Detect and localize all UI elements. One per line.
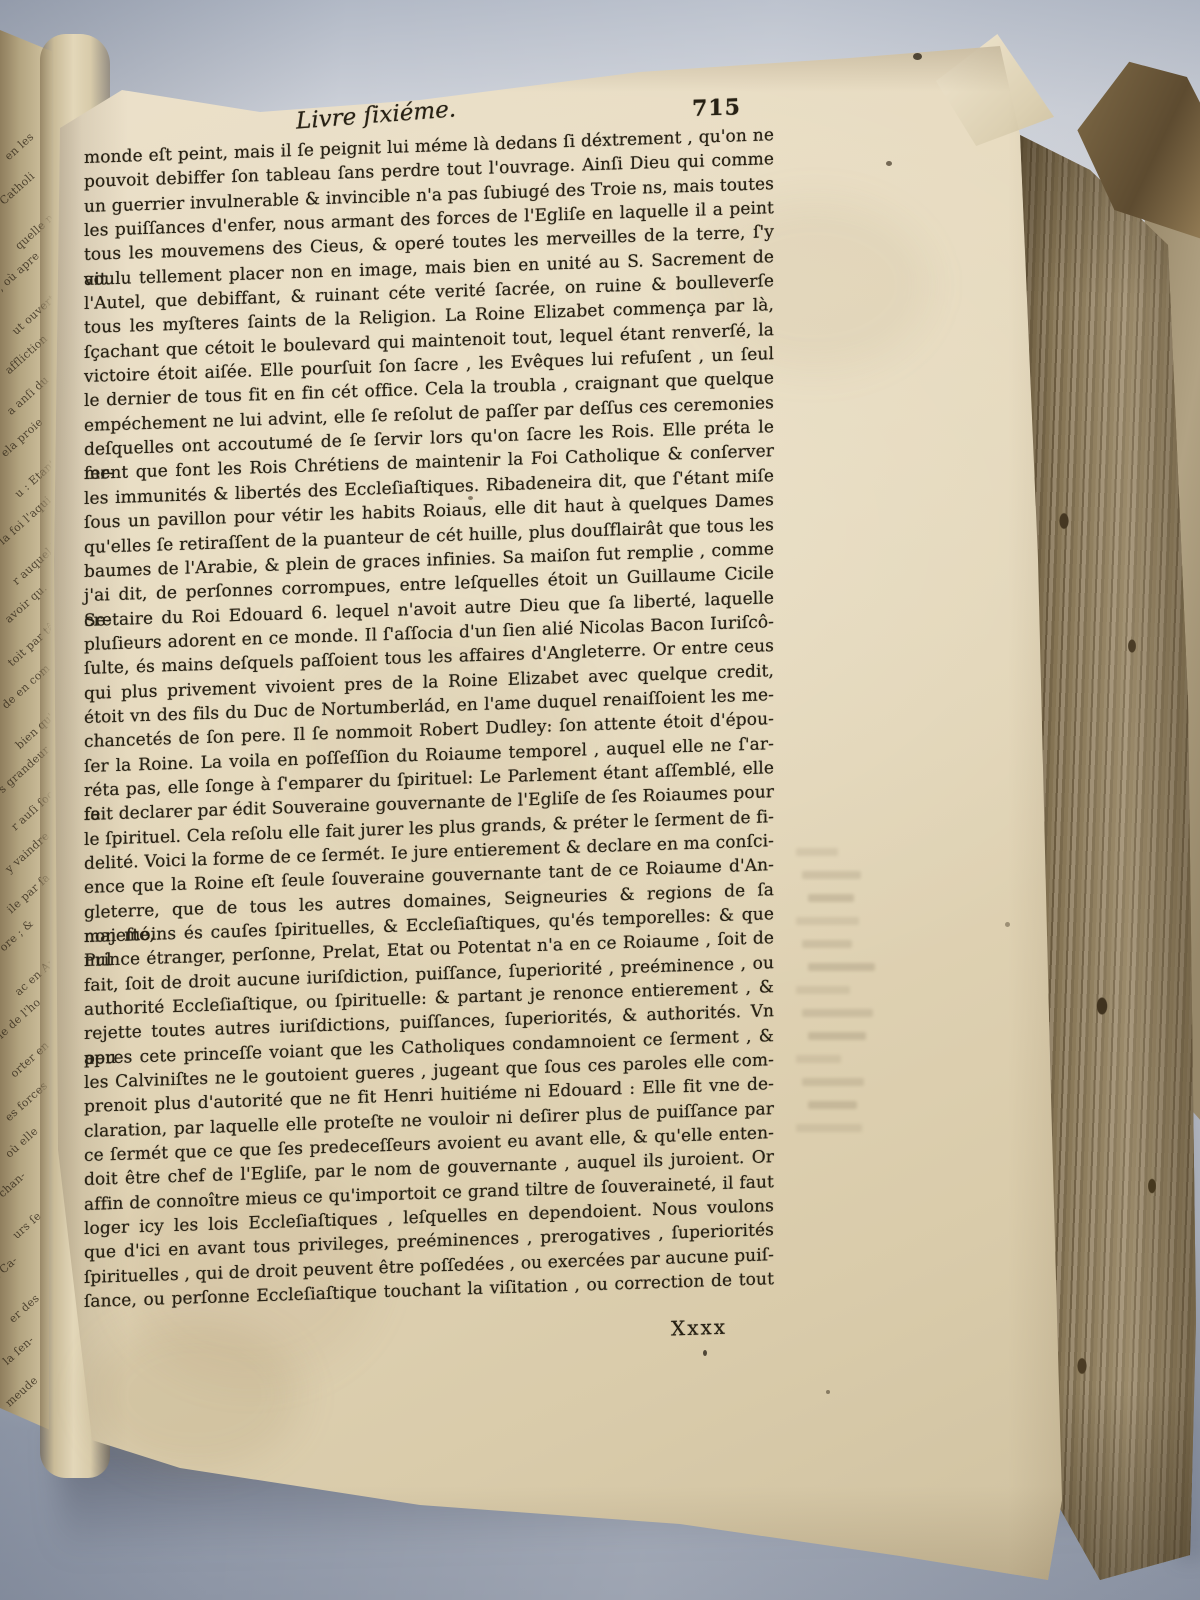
show-through-line <box>808 1101 857 1109</box>
facing-page-fragment: en les <box>2 130 36 163</box>
facing-page-fragment: i Ca- <box>0 1253 20 1281</box>
show-through-line <box>802 1078 864 1086</box>
facing-page-fragment: où elle <box>3 1125 41 1161</box>
show-through-line <box>808 1032 866 1040</box>
show-through-line <box>796 986 850 994</box>
text-block: Livre ſixiéme. 715 monde eſt peint, mais… <box>84 123 774 1326</box>
show-through-line <box>796 1124 862 1132</box>
body-text: monde eſt peint, mais il ſe peignit lui … <box>84 123 774 1314</box>
wormhole-speck <box>913 53 922 60</box>
facing-page-fragment: ela proie <box>0 415 45 459</box>
ink-speck <box>703 1350 707 1356</box>
show-through-line <box>796 848 838 856</box>
facing-page-fragment: meude <box>3 1374 41 1410</box>
facing-page-fragment: Catholi <box>0 169 37 207</box>
facing-page-fragment: urs ſe <box>10 1209 44 1241</box>
facing-page-fragment: ore ; & <box>0 916 36 953</box>
show-through-line <box>802 1009 873 1017</box>
page-number: 715 <box>692 94 741 122</box>
signature-mark: Xxxx <box>624 1313 774 1342</box>
paper-speck <box>1005 922 1010 927</box>
show-through-line <box>808 894 854 902</box>
paper-speck <box>826 1390 830 1394</box>
show-through-line <box>802 940 852 948</box>
show-through-line <box>802 871 861 879</box>
facing-page-fragment: er des <box>6 1292 42 1326</box>
show-through-line <box>808 963 875 971</box>
facing-page-fragment: ie de l'ho <box>0 995 43 1041</box>
facing-page-fragment: la ſen- <box>0 1333 36 1367</box>
show-through-line <box>796 917 859 925</box>
show-through-line <box>796 1055 841 1063</box>
wormhole-speck <box>886 161 892 166</box>
facing-page-fragment: , où apre <box>0 249 42 294</box>
facing-page-fragment: chan- <box>0 1168 28 1199</box>
